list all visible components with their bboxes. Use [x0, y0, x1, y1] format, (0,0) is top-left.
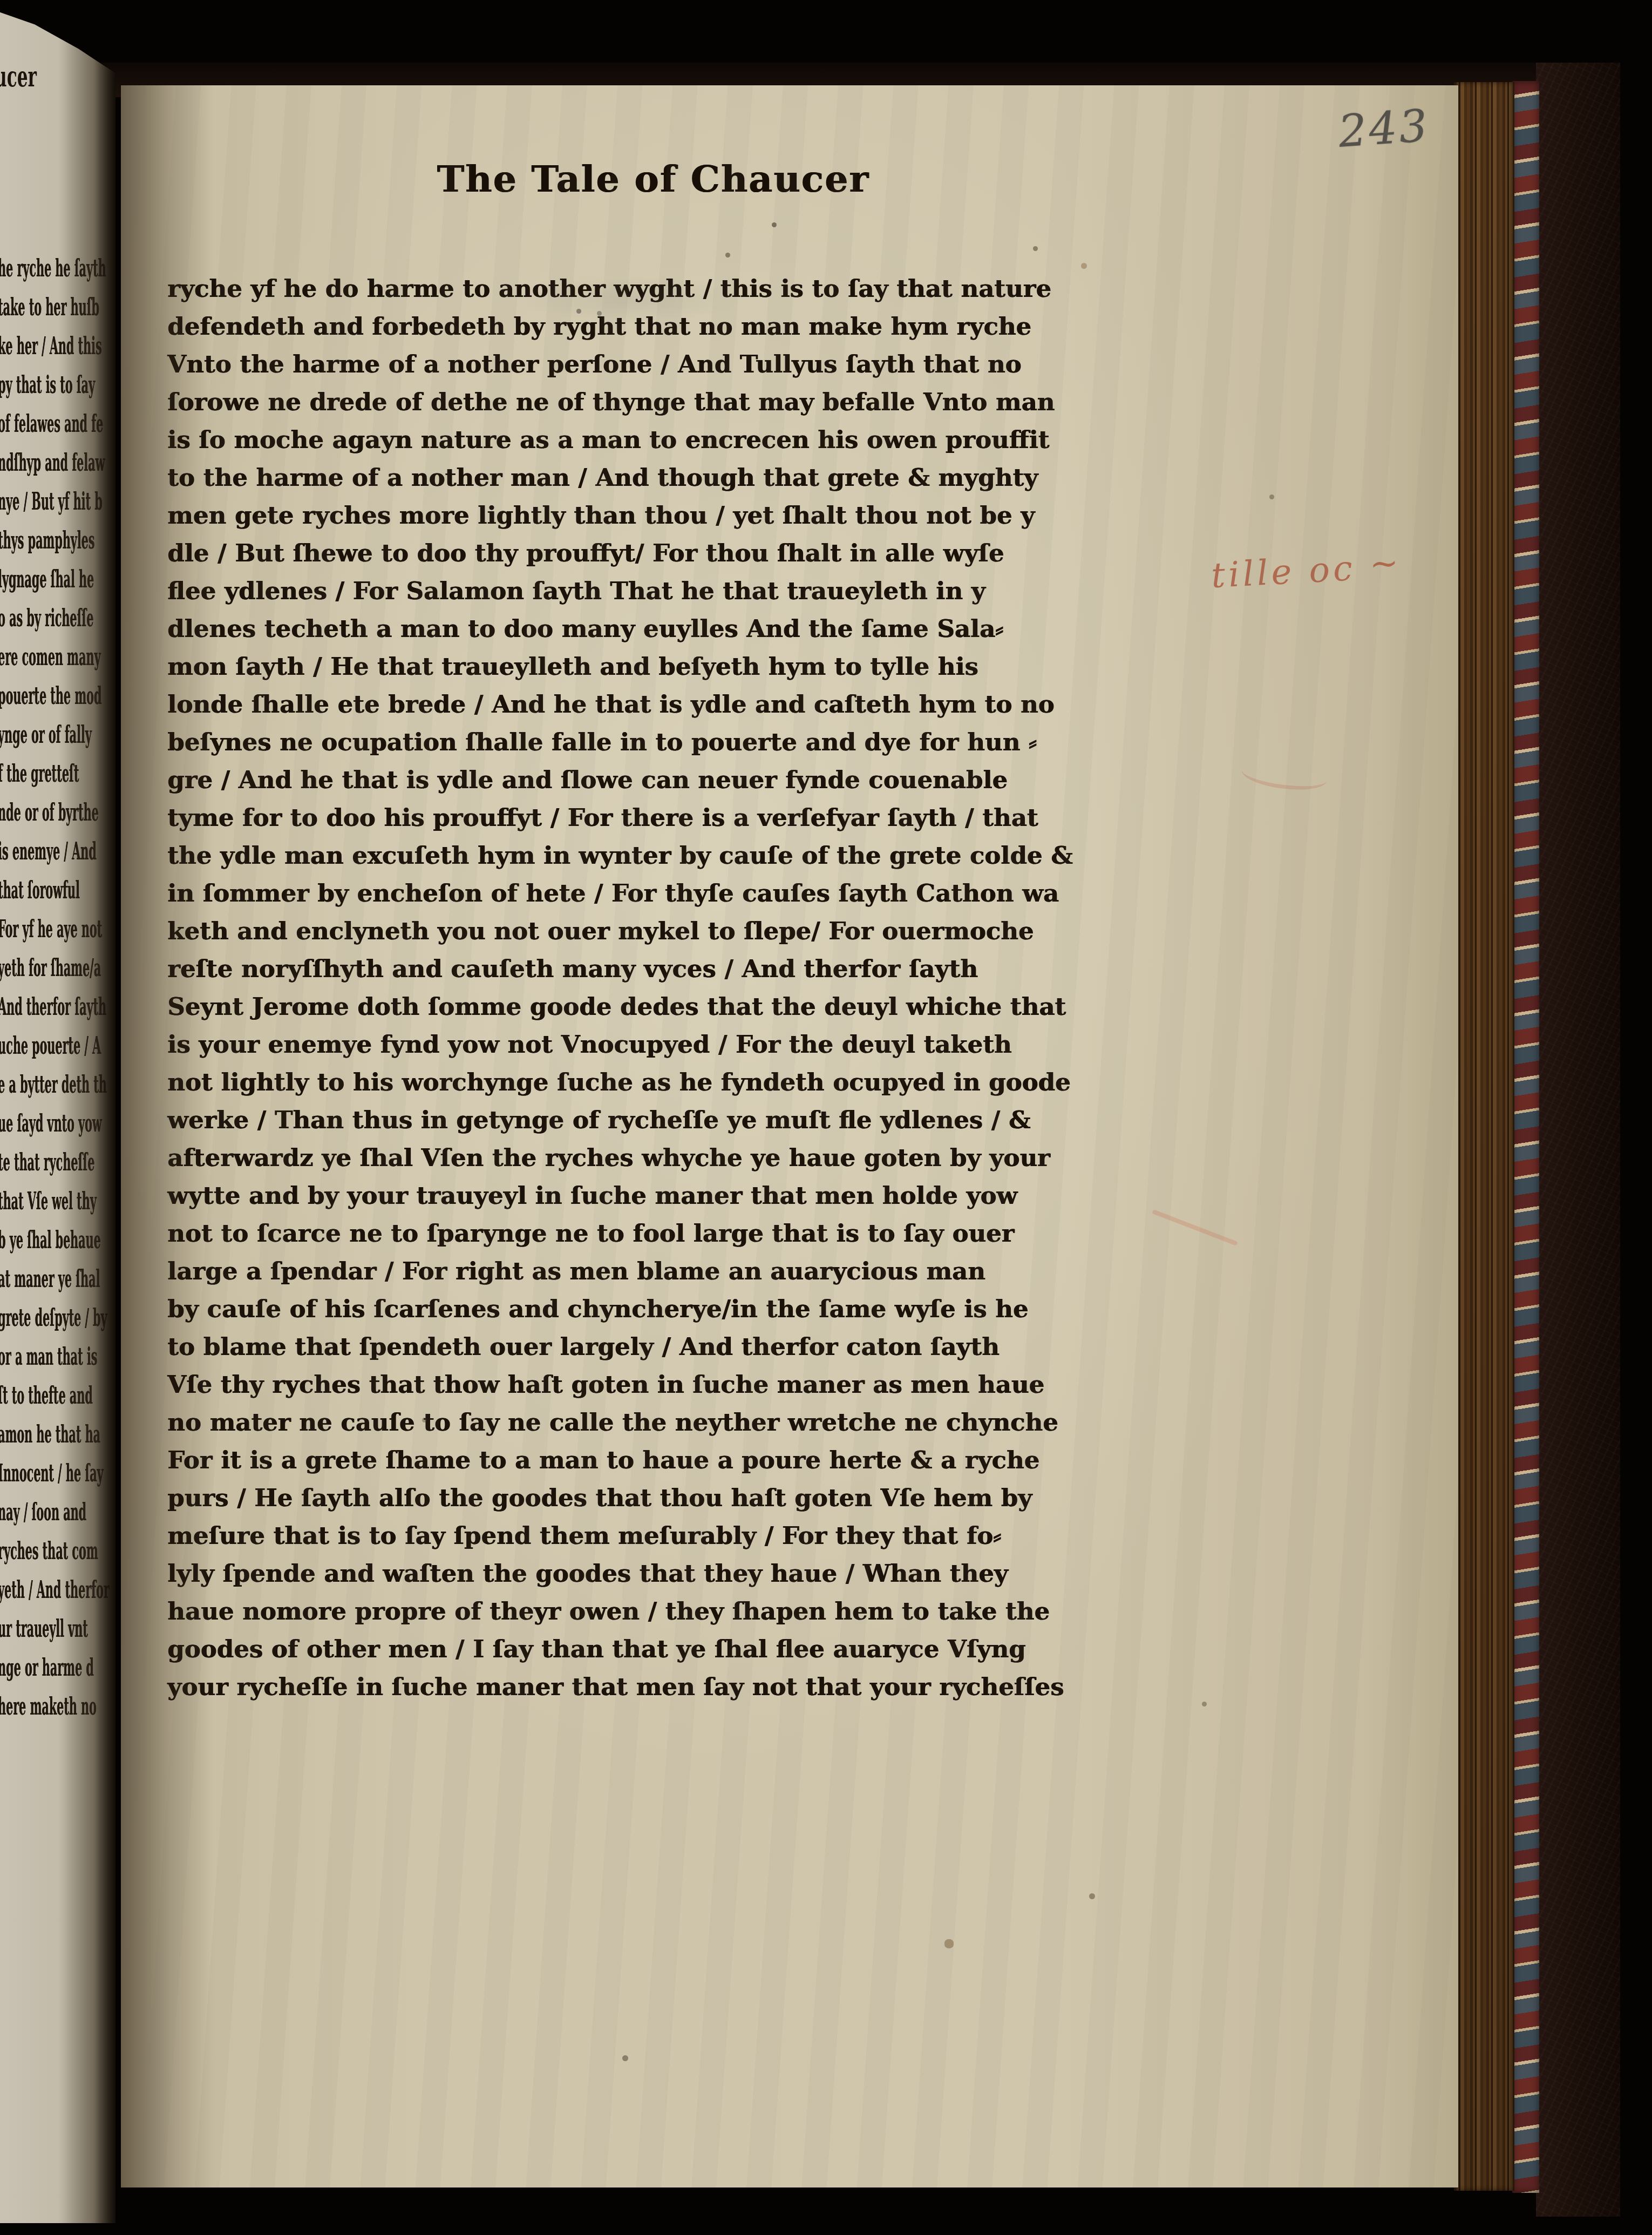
text-line: werke / Than thus in getynge of rycheſſe…	[167, 1101, 1155, 1139]
text-line: beſynes ne ocupation ſhalle falle in to …	[167, 723, 1155, 761]
text-line: Seynt Jerome doth ſomme goode dedes that…	[167, 988, 1155, 1026]
text-line: not lightly to his worchynge ſuche as he…	[167, 1064, 1155, 1101]
text-line: no mater ne cauſe to ſay ne calle the ne…	[167, 1404, 1155, 1441]
text-line: lyly ſpende and waſten the goodes that t…	[167, 1555, 1155, 1593]
text-line: reſte noryſſhyth and cauſeth many vyces …	[167, 950, 1155, 988]
text-line: by cauſe of his ſcarſenes and chyncherye…	[167, 1290, 1155, 1328]
text-line: afterwardz ye ſhal Vſen the ryches whych…	[167, 1139, 1155, 1177]
text-line: mon ſayth / He that traueylleth and beſy…	[167, 648, 1155, 686]
text-line: wytte and by your trauyeyl in ſuche mane…	[167, 1177, 1155, 1215]
facing-text-line-fragment: pouerte the mod	[0, 677, 114, 716]
facing-text-line-fragment: yeth / And therfor	[0, 1571, 114, 1610]
book-photo: { "page": { "running_title": "The Tale o…	[0, 0, 1652, 2235]
facing-text-line-fragment: grete deſpyte / by	[0, 1299, 114, 1338]
text-line: gre / And he that is ydle and ſlowe can …	[167, 761, 1155, 799]
text-line: to the harme of a nother man / And thoug…	[167, 459, 1155, 497]
facing-text-line-fragment: nay / ſoon and	[0, 1493, 114, 1532]
text-line: men gete ryches more lightly than thou /…	[167, 497, 1155, 534]
facing-text-line-fragment: nge or harme d	[0, 1649, 114, 1688]
facing-text-line-fragment: nde or of byrthe	[0, 794, 114, 832]
text-line: haue nomore propre of theyr owen / they …	[167, 1593, 1155, 1630]
facing-page-edge: ucer he ryche he ſaythtake to her huſbke…	[0, 0, 115, 2223]
text-block: ryche yf he do harme to another wyght / …	[167, 270, 1155, 1706]
facing-text-line-fragment: o as by richeſſe	[0, 599, 114, 638]
facing-text-line-fragment: ryches that com	[0, 1532, 114, 1571]
facing-text-line-fragment: ſt to thefte and	[0, 1377, 114, 1415]
text-line: the ydle man excuſeth hym in wynter by c…	[167, 837, 1155, 875]
facing-text-line-fragment: ur traueyll vnt	[0, 1610, 114, 1649]
folio-number: 243	[1337, 97, 1480, 158]
text-line: ryche yf he do harme to another wyght / …	[167, 270, 1155, 308]
text-line: purs / He ſayth alſo the goodes that tho…	[167, 1479, 1155, 1517]
text-line: to blame that ſpendeth ouer largely / An…	[167, 1328, 1155, 1366]
text-line: not to ſcarce ne to ſparynge ne to fool …	[167, 1215, 1155, 1252]
facing-text-line-fragment: that Vſe wel thy	[0, 1182, 114, 1221]
facing-text-line-fragment: yeth for ſhame/a	[0, 949, 114, 988]
faded-red-stroke	[1152, 1209, 1238, 1246]
faded-red-mark	[1240, 756, 1329, 794]
marbled-endpaper-edge	[1512, 81, 1539, 2193]
facing-text-line-fragment: here maketh no	[0, 1688, 114, 1726]
facing-text-line-fragment: thys pamphyles	[0, 521, 114, 560]
facing-text-line-fragment: Innocent / he ſay	[0, 1454, 114, 1493]
text-line: For it is a grete ſhame to a man to haue…	[167, 1441, 1155, 1479]
text-line: Vſe thy ryches that thow haſt goten in ſ…	[167, 1366, 1155, 1404]
facing-text-fragments: he ryche he ſaythtake to her huſbke her …	[0, 249, 113, 1726]
page-block-fore-edge	[1454, 82, 1514, 2191]
facing-text-line-fragment: For yf he aye not	[0, 910, 114, 949]
facing-text-line-fragment: take to her huſb	[0, 288, 114, 327]
facing-text-line-fragment: of felawes and fe	[0, 405, 114, 444]
red-annotation-text: tille oc	[1210, 548, 1356, 596]
leather-cover	[1536, 63, 1620, 2217]
text-line: londe ſhalle ete brede / And he that is …	[167, 686, 1155, 723]
text-line: goodes of other men / I ſay than that ye…	[167, 1630, 1155, 1668]
facing-text-line-fragment: te that rycheſſe	[0, 1143, 114, 1182]
text-line: meſure that is to ſay ſpend them meſurab…	[167, 1517, 1155, 1555]
facing-text-line-fragment: ere comen many	[0, 638, 114, 677]
text-line: ſorowe ne drede of dethe ne of thynge th…	[167, 383, 1155, 421]
facing-text-line-fragment: that ſorowful	[0, 871, 114, 910]
facing-text-line-fragment: ue ſayd vnto yow	[0, 1105, 114, 1143]
text-line: keth and enclyneth you not ouer mykel to…	[167, 912, 1155, 950]
facing-text-line-fragment: e a bytter deth th	[0, 1066, 114, 1105]
text-line: is ſo moche agayn nature as a man to enc…	[167, 421, 1155, 459]
facing-text-line-fragment: ndſhyp and felaw	[0, 444, 114, 483]
facing-text-line-fragment: is enemye / And	[0, 832, 114, 871]
text-line: Vnto the harme of a nother perſone / And…	[167, 346, 1155, 383]
facing-text-line-fragment: he ryche he ſayth	[0, 249, 114, 288]
facing-text-line-fragment: uche pouerte / A	[0, 1027, 114, 1066]
text-line: defendeth and forbedeth by ryght that no…	[167, 308, 1155, 346]
foxing-specks	[121, 85, 124, 88]
facing-text-line-fragment: f the gretteſt	[0, 755, 114, 794]
text-line: dlenes techeth a man to doo many euylles…	[167, 610, 1155, 648]
facing-text-line-fragment: And therfor ſayth	[0, 988, 114, 1027]
facing-text-line-fragment: ynge or of fally	[0, 716, 114, 755]
facing-text-line-fragment: or a man that is	[0, 1338, 114, 1377]
running-title: The Tale of Chaucer	[167, 158, 1139, 201]
text-line: dle / But ſhewe to doo thy prouffyt/ For…	[167, 534, 1155, 572]
facing-text-line-fragment: lygnage ſhal he	[0, 560, 114, 599]
facing-text-line-fragment: py that is to ſay	[0, 366, 114, 405]
facing-text-line-fragment: nye / But yf hit b	[0, 483, 114, 521]
text-line: your rycheſſe in ſuche maner that men ſa…	[167, 1668, 1155, 1706]
facing-running-title-fragment: ucer	[0, 60, 37, 93]
text-line: in ſommer by encheſon of hete / For thyſ…	[167, 875, 1155, 912]
main-page: The Tale of Chaucer ryche yf he do harme…	[121, 85, 1458, 2187]
red-annotation-swash: ~	[1369, 543, 1399, 585]
text-line: flee ydlenes / For Salamon ſayth That he…	[167, 572, 1155, 610]
facing-text-line-fragment: b ye ſhal behaue	[0, 1221, 114, 1260]
text-line: is your enemye fynd yow not Vnocupyed / …	[167, 1026, 1155, 1064]
text-line: tyme for to doo his prouffyt / For there…	[167, 799, 1155, 837]
text-line: large a ſpendar / For right as men blame…	[167, 1252, 1155, 1290]
facing-text-line-fragment: ke her / And this	[0, 327, 114, 366]
facing-text-line-fragment: at maner ye ſhal	[0, 1260, 114, 1299]
facing-text-line-fragment: amon he that ha	[0, 1415, 114, 1454]
